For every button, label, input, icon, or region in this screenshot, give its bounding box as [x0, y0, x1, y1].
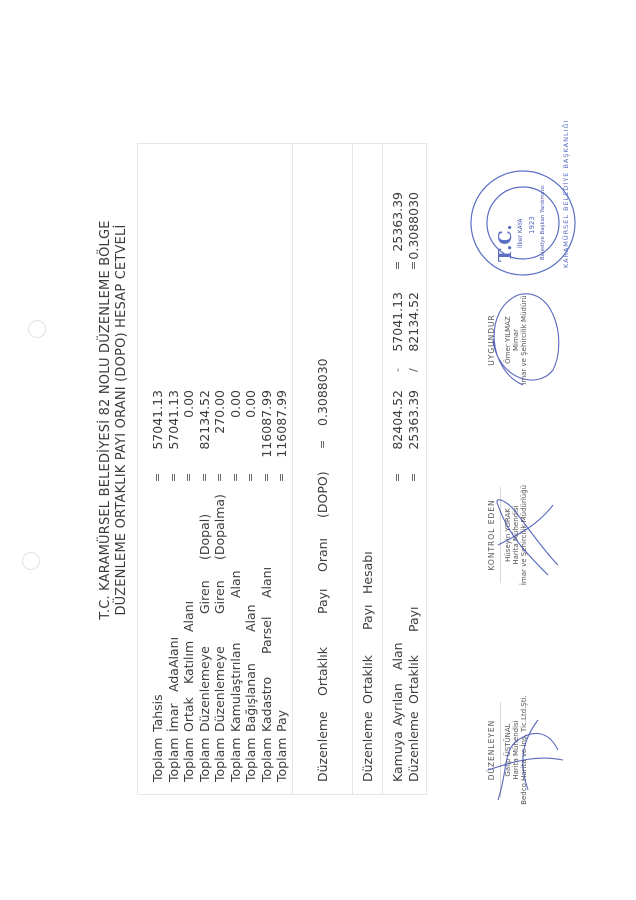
document-title-line-1: T.C. KARAMÜRSEL BELEDİYESİ 82 NOLU DÜZEN… [98, 0, 113, 900]
calculation-header-row: Düzenleme Ortaklık Payı Hesabı [360, 162, 375, 782]
label-word: Payı [360, 604, 375, 630]
label-word: Payı [406, 606, 421, 632]
dopo-ratio-value: 0.3088030 [315, 358, 330, 426]
totals-row: ToplamİmarAdaAlanı=57041.13 [166, 162, 181, 782]
section-divider [382, 143, 383, 795]
label-word: Toplam [166, 738, 181, 782]
label-word: Giren [197, 580, 212, 614]
label-word: Toplam [243, 738, 258, 782]
operator: - [390, 368, 405, 372]
totals-value: 0.00 [181, 390, 196, 470]
equals-sign: = [150, 473, 165, 482]
calculation-row: KamuyaAyrılanAlan=82404.52-57041.13=2536… [390, 142, 405, 782]
label-word: Payı [315, 588, 330, 614]
equals-sign: = [181, 473, 196, 482]
calculation-row: DüzenlemeOrtaklıkPayı=25363.39/82134.52=… [406, 142, 421, 782]
label-word: Toplam [228, 738, 243, 782]
label-word: Katılım [181, 641, 196, 684]
label-word: Alan [390, 642, 405, 670]
totals-row: ToplamDüzenlemeyeGiren(Dopal)=82134.52 [197, 162, 212, 782]
operand-a: 25363.39 [406, 390, 421, 460]
totals-row: ToplamOrtakKatılımAlanı=0.00 [181, 162, 196, 782]
operator: / [406, 368, 421, 372]
label-word: Ortaklık [360, 655, 375, 704]
label-word: Düzenleme [360, 711, 375, 782]
label-word: Alanı [166, 637, 181, 668]
handwritten-signature-icon [478, 475, 568, 595]
label-word: Tahsis [150, 694, 165, 732]
equals-sign: = [243, 473, 258, 482]
label-word: Kadastro [259, 677, 274, 732]
calculation-result: 25363.39 [390, 192, 405, 262]
totals-row: ToplamTahsis=57041.13 [150, 162, 165, 782]
equals-sign: = [166, 473, 181, 482]
equals-sign: = [197, 473, 212, 482]
equals-sign: = [390, 261, 405, 270]
punch-hole-mark [22, 552, 40, 570]
totals-row: ToplamPay=116087.99 [274, 162, 289, 782]
totals-value: 0.00 [243, 390, 258, 470]
totals-value: 57041.13 [150, 390, 165, 470]
label-word: Toplam [197, 738, 212, 782]
document-title-line-2: DÜZENLEME ORTAKLIK PAYI ORANI (DOPO) HES… [114, 0, 129, 900]
label-word: Alanı [181, 601, 196, 632]
handwritten-signature-icon [478, 280, 568, 400]
totals-row: ToplamDüzenlemeyeGiren(Dopalma)=270.00 [212, 162, 227, 782]
stamp-outer-text: KARAMÜRSEL BELEDİYE BAŞKANLIĞI [562, 120, 570, 268]
label-word: Parsel [259, 617, 274, 654]
totals-row: ToplamKamulaştırılanAlan=0.00 [228, 162, 243, 782]
operand-a: 82404.52 [390, 390, 405, 460]
operand-b: 82134.52 [406, 292, 421, 362]
label-word: Ada [166, 668, 181, 692]
label-word: Toplam [259, 738, 274, 782]
totals-value: 270.00 [212, 390, 227, 470]
label-word: Düzenleme [315, 711, 330, 782]
label-word: Toplam [274, 738, 289, 782]
section-divider [352, 143, 353, 795]
operand-b: 57041.13 [390, 292, 405, 362]
label-word: İmar [166, 703, 181, 732]
handwritten-signature-icon [478, 690, 568, 810]
label-word: Alan [243, 604, 258, 632]
label-word: Düzenleme [406, 711, 421, 782]
equals-sign: = [228, 473, 243, 482]
label-word: Alanı [259, 567, 274, 598]
label-word: Kamuya [390, 731, 405, 782]
label-word: Pay [274, 710, 289, 732]
label-word: Bağışlanan [243, 663, 258, 732]
label-word: Hesabı [360, 551, 375, 594]
totals-row: ToplamKadastroParselAlanı=116087.99 [259, 162, 274, 782]
totals-row: ToplamBağışlananAlan=0.00 [243, 162, 258, 782]
totals-value: 82134.52 [197, 390, 212, 470]
section-divider [292, 143, 293, 795]
stamp-year: 1923 [528, 216, 536, 234]
label-word: Toplam [150, 738, 165, 782]
label-word: Düzenlemeye [212, 646, 227, 732]
label-word: Ayrılan [390, 683, 405, 726]
equals-sign: = [212, 473, 227, 482]
label-word: Ortak [181, 697, 196, 732]
equals-sign: = [274, 473, 289, 482]
label-word: Oranı [315, 538, 330, 572]
label-word: Toplam [181, 738, 196, 782]
equals-sign: = [390, 473, 405, 482]
label-word: Ortaklık [315, 647, 330, 696]
label-word: Toplam [212, 738, 227, 782]
equals-sign: = [315, 440, 330, 449]
stamp-official-name: İlker KAYA [517, 218, 524, 248]
label-word: Kamulaştırılan [228, 643, 243, 732]
totals-value: 57041.13 [166, 390, 181, 470]
totals-value: 116087.99 [274, 390, 289, 470]
equals-sign: = [406, 473, 421, 482]
label-word: (Dopal) [197, 514, 212, 560]
label-word: Giren [212, 580, 227, 614]
punch-hole-mark [28, 320, 46, 338]
dopo-ratio-row: Düzenleme Ortaklık Payı Oranı (DOPO) = 0… [315, 162, 330, 782]
document-page: T.C. KARAMÜRSEL BELEDİYESİ 82 NOLU DÜZEN… [0, 0, 636, 900]
label-word: (Dopalma) [212, 494, 227, 560]
label-word: (DOPO) [315, 471, 330, 518]
calculation-result: 0.3088030 [406, 192, 421, 262]
label-word: Düzenlemeye [197, 646, 212, 732]
label-word: Ortaklık [406, 655, 421, 704]
totals-value: 0.00 [228, 390, 243, 470]
totals-value: 116087.99 [259, 390, 274, 470]
stamp-official-title: Belediye Başkan Yardımcısı [540, 185, 546, 260]
stamp-center-text: T.C. [495, 224, 516, 262]
label-word: Alan [228, 570, 243, 598]
equals-sign: = [259, 473, 274, 482]
equals-sign: = [406, 261, 421, 270]
